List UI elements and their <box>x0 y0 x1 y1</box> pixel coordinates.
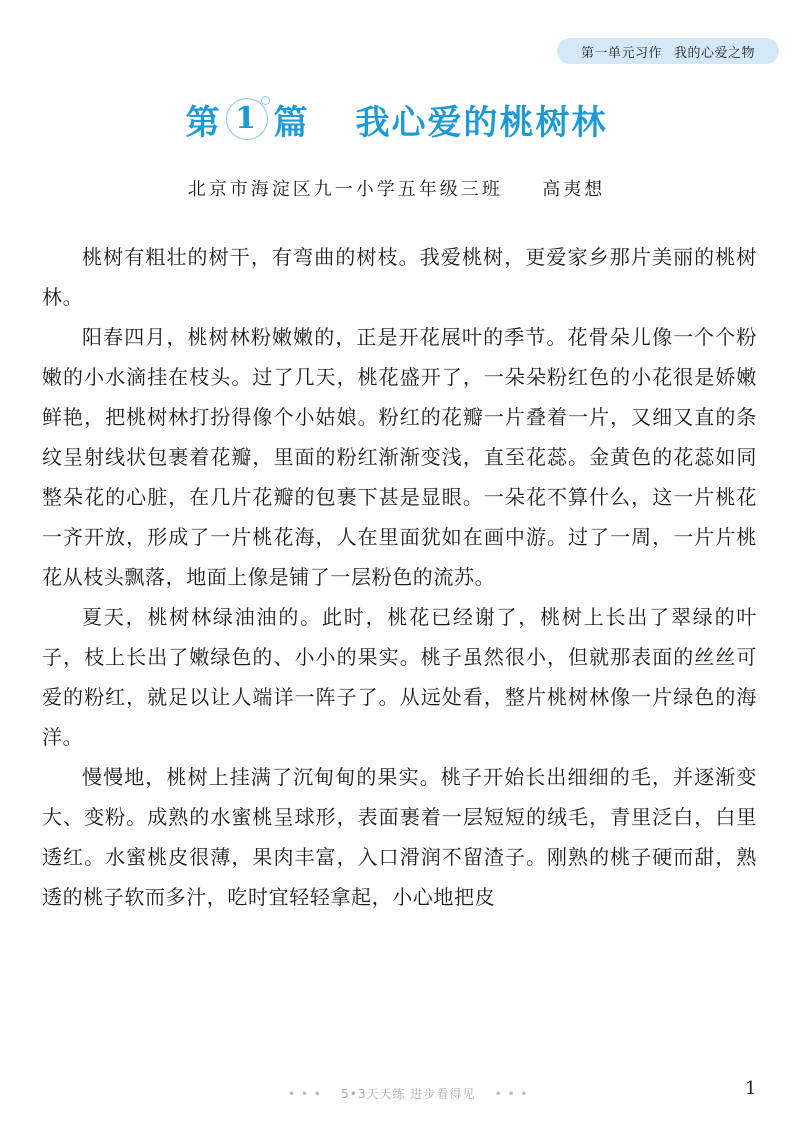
unit-label: 第一单元习作 <box>581 42 662 61</box>
title-prefix: 第 <box>186 95 222 144</box>
dots-decoration: • • • <box>288 1087 322 1101</box>
essay-number-badge: 1 <box>226 98 270 142</box>
essay-title: 第 1 篇 我心爱的桃树林 <box>0 95 793 144</box>
author-school: 北京市海淀区九一小学五年级三班 <box>188 179 503 200</box>
paragraph: 夏天，桃树林绿油油的。此时，桃花已经谢了，桃树上长出了翠绿的叶子，枝上长出了嫩绿… <box>42 597 757 757</box>
slogan-text: 5•3天天练 进步看得见 <box>341 1087 475 1101</box>
author-line: 北京市海淀区九一小学五年级三班 高夷想 <box>0 175 793 201</box>
dots-decoration: • • • <box>495 1087 529 1101</box>
footer-slogan: • • • 5•3天天练 进步看得见 • • • <box>288 1085 529 1102</box>
essay-body: 桃树有粗壮的树干，有弯曲的树枝。我爱桃树，更爱家乡那片美丽的桃树林。 阳春四月，… <box>42 237 757 917</box>
essay-number: 1 <box>226 98 268 140</box>
paragraph: 阳春四月，桃树林粉嫩嫩的，正是开花展叶的季节。花骨朵儿像一个个粉嫩的小水滴挂在枝… <box>42 317 757 597</box>
page-number: 1 <box>745 1078 756 1099</box>
title-suffix: 篇 <box>274 95 310 144</box>
paragraph: 桃树有粗壮的树干，有弯曲的树枝。我爱桃树，更爱家乡那片美丽的桃树林。 <box>42 237 757 317</box>
author-name: 高夷想 <box>542 179 605 200</box>
topic-label: 我的心爱之物 <box>674 42 755 61</box>
unit-header-tag: 第一单元习作 我的心爱之物 <box>557 38 779 64</box>
paragraph: 慢慢地，桃树上挂满了沉甸甸的果实。桃子开始长出细细的毛，并逐渐变大、变粉。成熟的… <box>42 757 757 917</box>
title-text: 我心爱的桃树林 <box>356 95 608 144</box>
